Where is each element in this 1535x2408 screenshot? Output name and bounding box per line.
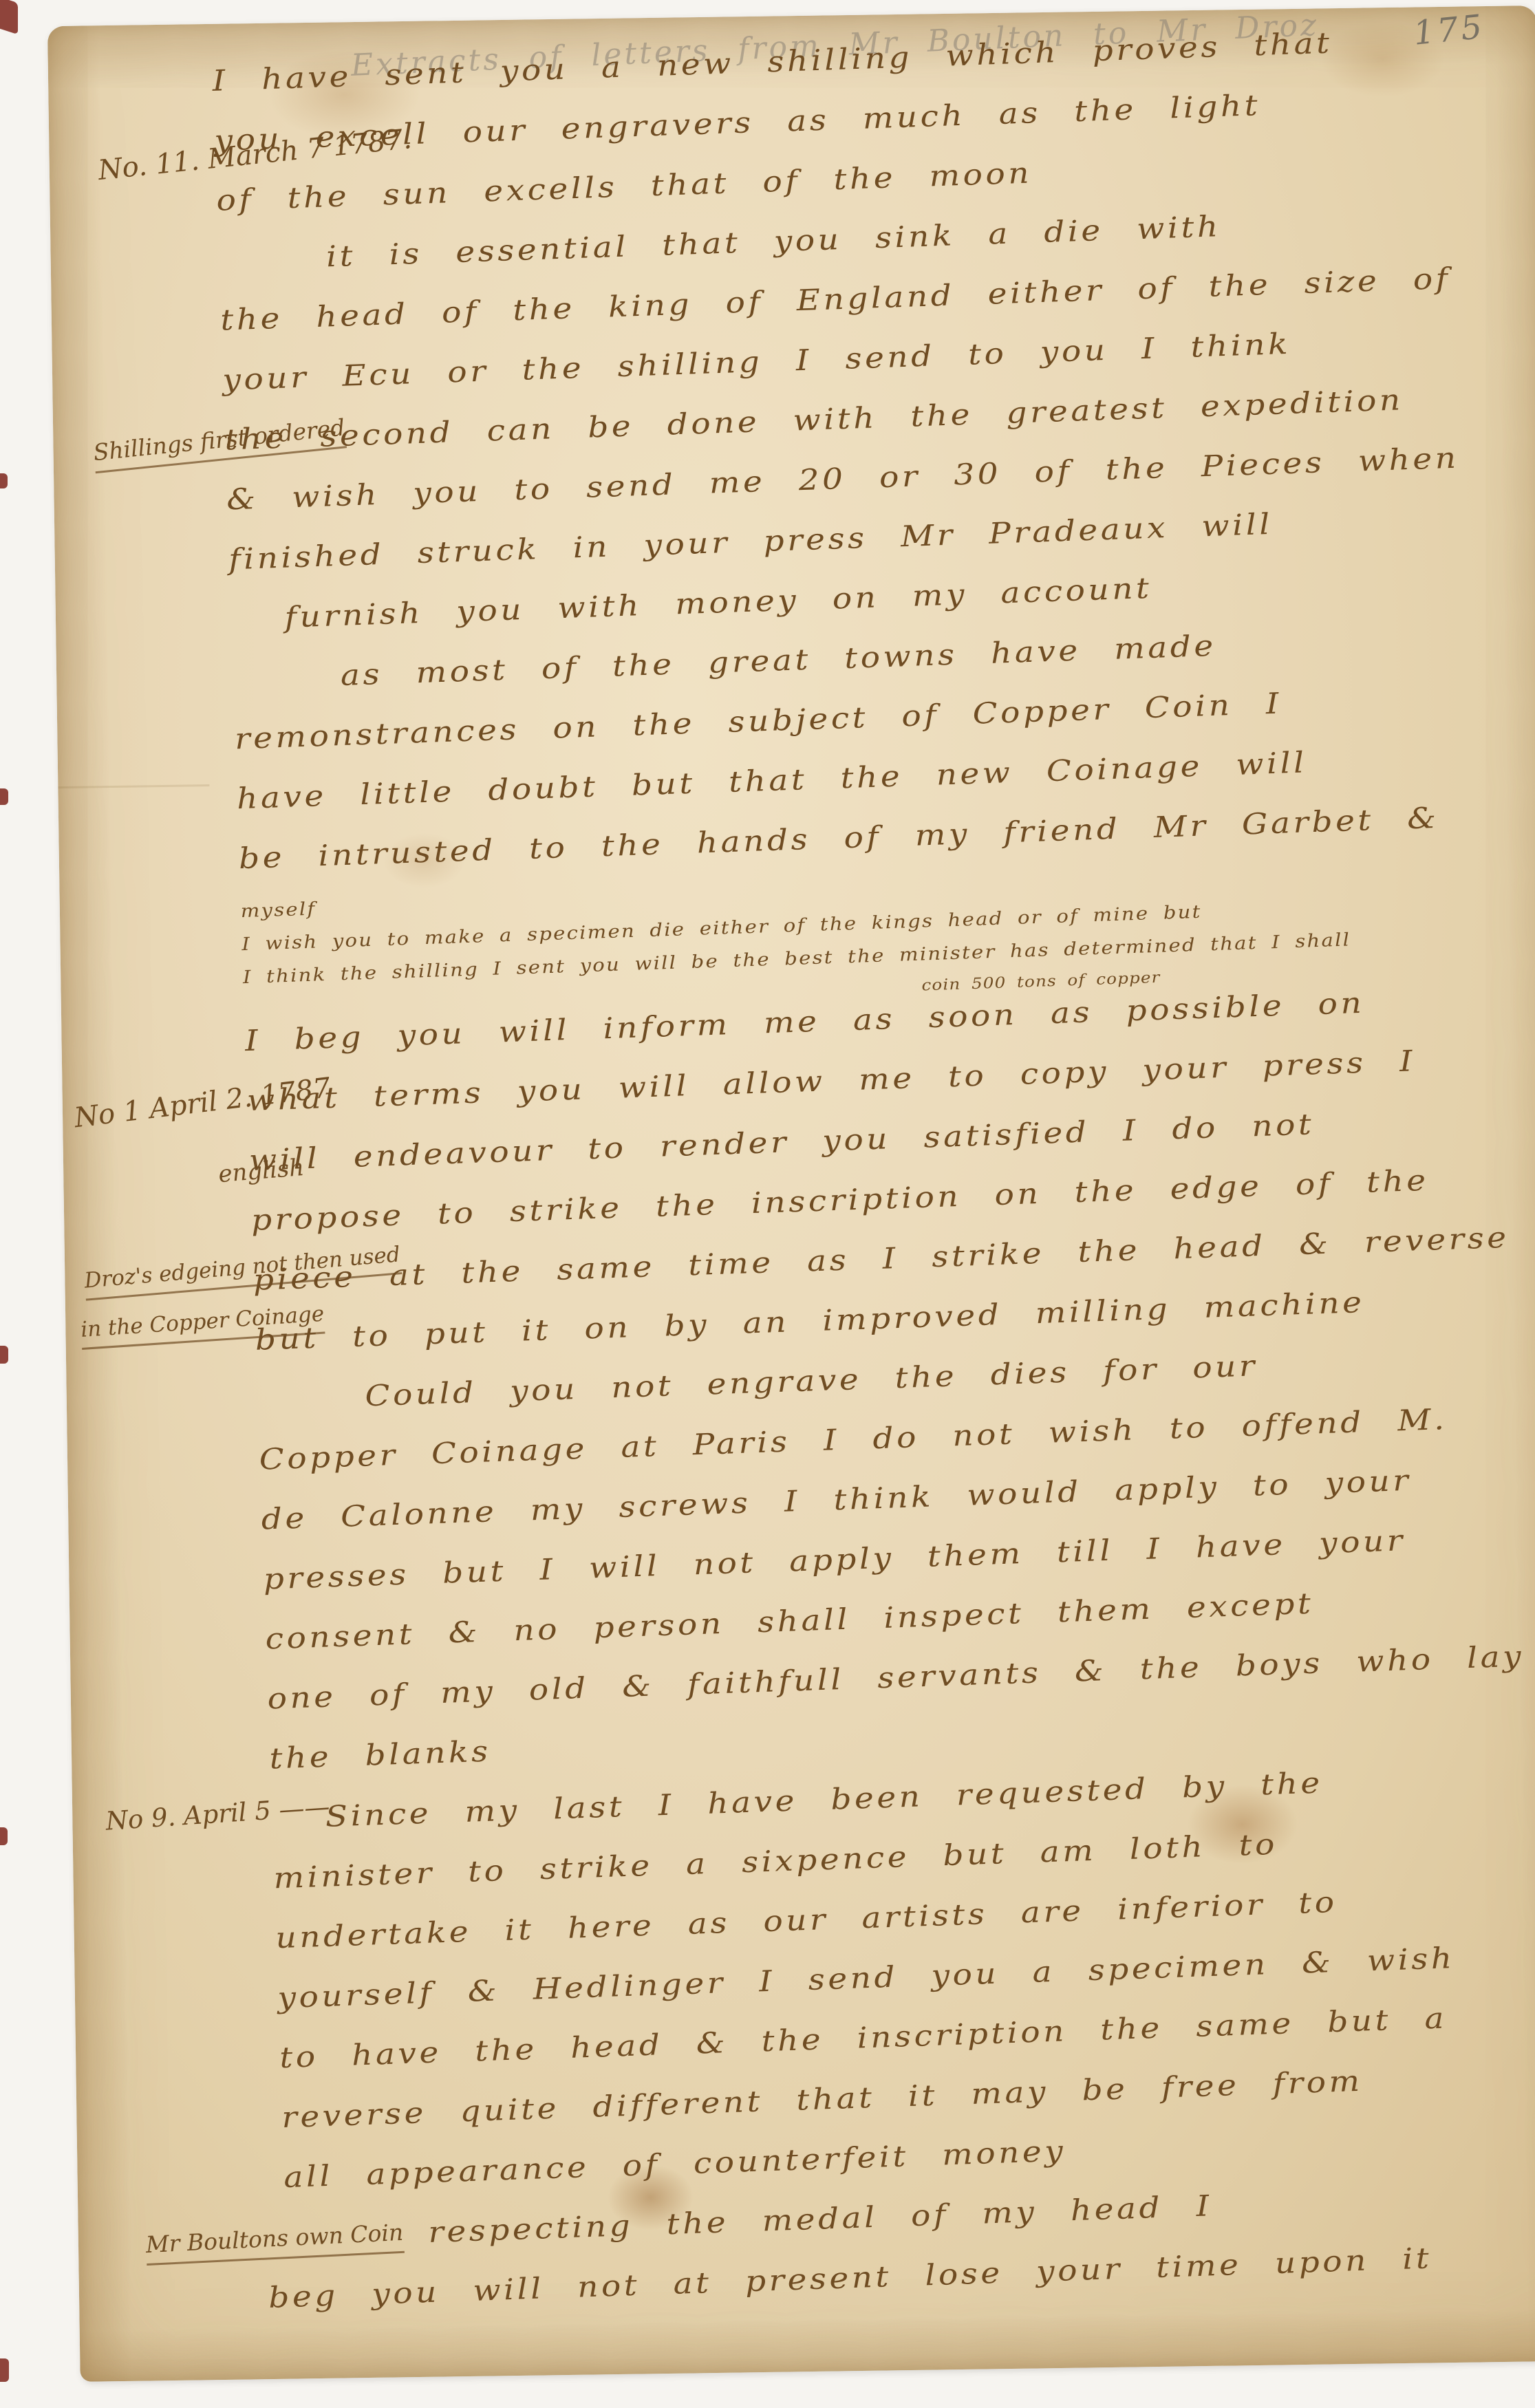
- binding-edge-mark: [0, 788, 8, 805]
- binding-edge-mark: [0, 2358, 9, 2382]
- binding-edge-mark: [0, 0, 18, 34]
- binding-edge-mark: [0, 1827, 8, 1845]
- scan-backdrop: Extracts of letters from Mr Boulton to M…: [0, 0, 1535, 2408]
- letter-text: I have sent you a new shilling which pro…: [212, 21, 1535, 2340]
- binding-edge-mark: [0, 1346, 8, 1364]
- manuscript-page: Extracts of letters from Mr Boulton to M…: [47, 6, 1535, 2382]
- binding-edge-mark: [0, 473, 8, 488]
